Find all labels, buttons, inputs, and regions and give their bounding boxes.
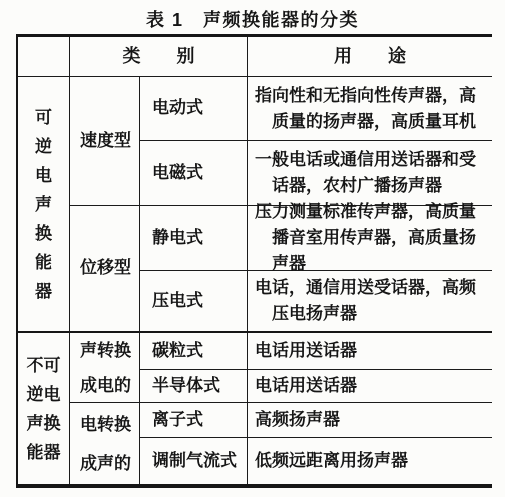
usage-piezoelectric: 电话，通信用送受话器，高频压电扬声器 xyxy=(248,271,492,333)
subgroup-sound-to-electric-label: 声转换 成电的 xyxy=(70,333,140,403)
header-corner-cell xyxy=(18,37,70,77)
usage-electrostatic: 压力测量标准传声器，高质量播音室用传声器，高质量扬声器 xyxy=(248,206,492,271)
usage-semiconductor: 电话用送话器 xyxy=(248,370,492,403)
type-modulated-airflow: 调制气流式 xyxy=(140,438,248,484)
usage-text: 压力测量标准传声器，高质量播音室用传声器，高质量扬声器 xyxy=(255,199,490,277)
section-irreversible-label: 不可 逆电 声换 能器 xyxy=(18,333,70,484)
type-ion: 离子式 xyxy=(140,403,248,438)
usage-text: 电话用送话器 xyxy=(255,338,357,364)
type-electromagnetic: 电磁式 xyxy=(140,141,248,206)
usage-text: 高频扬声器 xyxy=(255,407,340,433)
subgroup-displacement-label: 位移型 xyxy=(70,206,140,333)
usage-electromagnetic: 一般电话或通信用送话器和受话器，农村广播扬声器 xyxy=(248,141,492,206)
subgroup-velocity-label: 速度型 xyxy=(70,77,140,206)
header-category-label: 类 别 xyxy=(70,37,248,77)
scanned-page: { "title": "表 1 声频换能器的分类", "header": { "… xyxy=(0,0,505,497)
usage-text: 一般电话或通信用送话器和受话器，农村广播扬声器 xyxy=(255,147,490,199)
usage-carbon-granule: 电话用送话器 xyxy=(248,333,492,370)
type-piezoelectric: 压电式 xyxy=(140,271,248,333)
type-electrostatic: 静电式 xyxy=(140,206,248,271)
section-reversible-label: 可 逆 电 声 换 能 器 xyxy=(18,77,70,333)
usage-text: 电话用送话器 xyxy=(255,373,357,399)
usage-modulated-airflow: 低频远距离用扬声器 xyxy=(248,438,492,484)
usage-text: 低频远距离用扬声器 xyxy=(255,448,408,474)
subgroup-electric-to-sound-label: 电转换 成声的 xyxy=(70,403,140,484)
usage-text: 指向性和无指向性传声器，高质量的扬声器，高质量耳机 xyxy=(255,83,490,135)
type-electrodynamic: 电动式 xyxy=(140,77,248,141)
type-carbon-granule: 碳粒式 xyxy=(140,333,248,370)
transducer-classification-table: 类 别 用 途 可 逆 电 声 换 能 器 速度型 位移型 电动式 指向性和无指… xyxy=(16,34,492,488)
table-title: 表 1 声频换能器的分类 xyxy=(0,6,505,32)
usage-electrodynamic: 指向性和无指向性传声器，高质量的扬声器，高质量耳机 xyxy=(248,77,492,141)
usage-ion: 高频扬声器 xyxy=(248,403,492,438)
usage-text: 电话，通信用送受话器，高频压电扬声器 xyxy=(255,275,490,327)
header-usage-label: 用 途 xyxy=(248,37,492,77)
type-semiconductor: 半导体式 xyxy=(140,370,248,403)
